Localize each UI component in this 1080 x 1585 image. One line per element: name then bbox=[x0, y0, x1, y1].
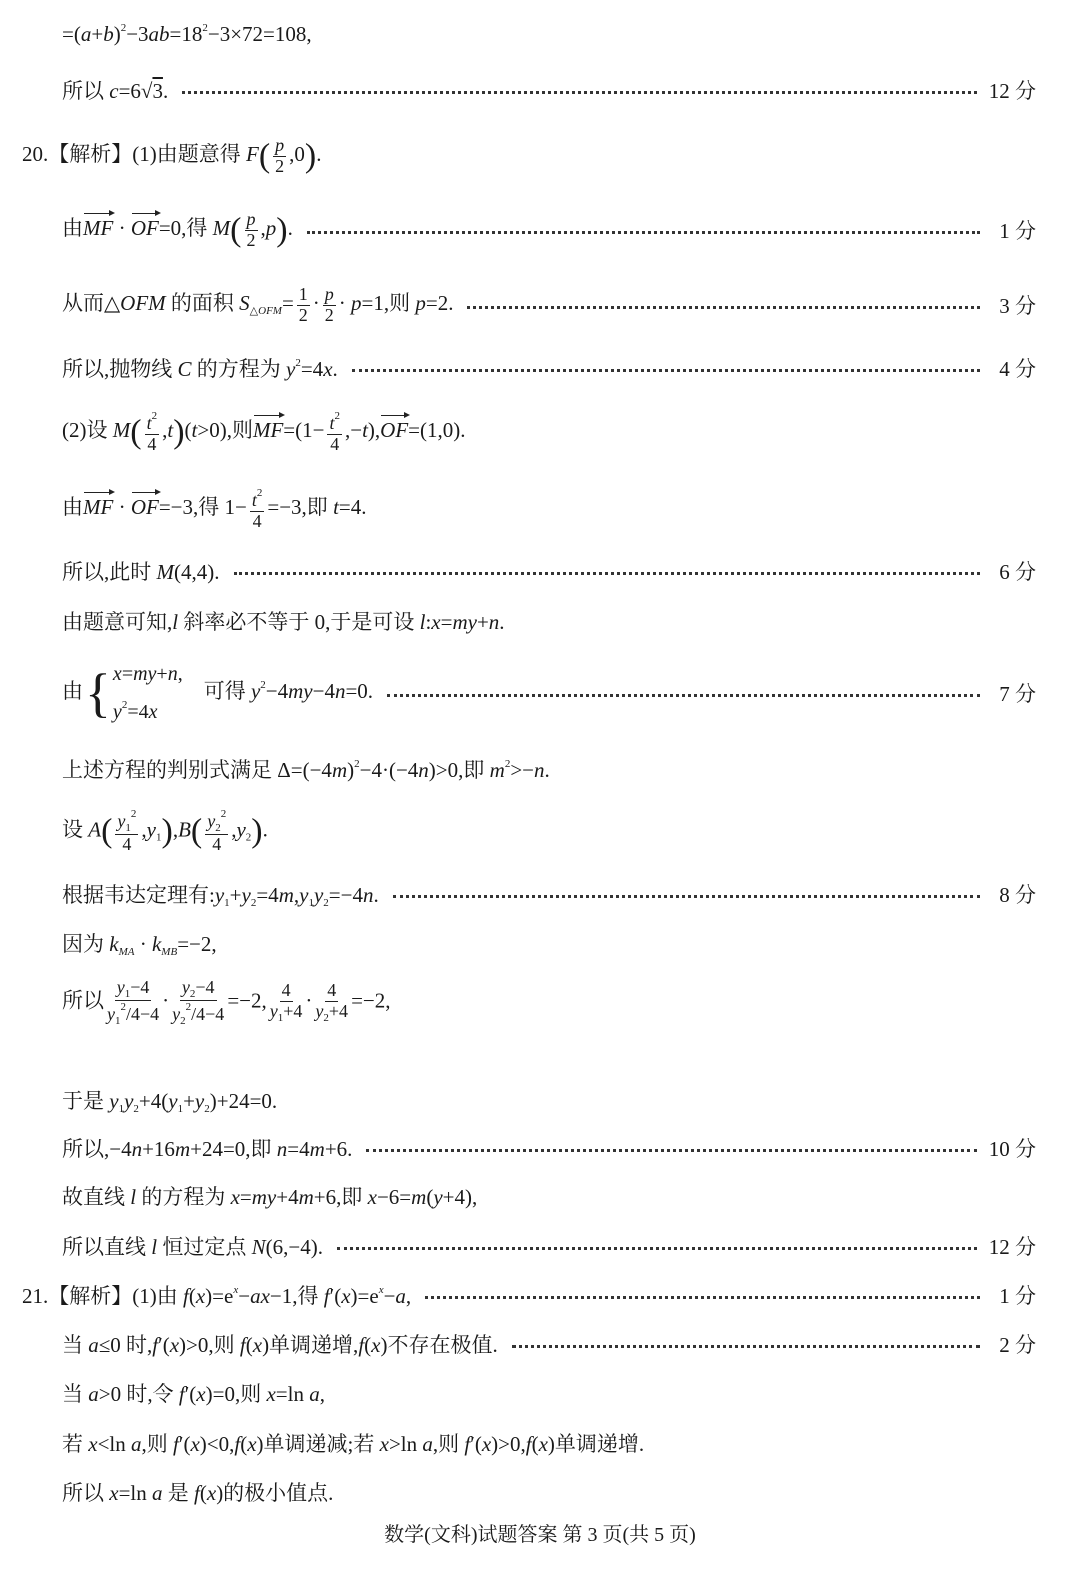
dot-leader bbox=[512, 1345, 980, 1348]
solution-line: 若 x<ln a,则 f′(x)<0,f(x)单调递减;若 x>ln a,则 f… bbox=[62, 1428, 1036, 1458]
dot-leader bbox=[234, 572, 981, 575]
dot-leader bbox=[352, 369, 980, 372]
math-expression: 20.【解析】(1)由题意得 F(p2,0). bbox=[22, 136, 321, 177]
dot-leader bbox=[425, 1296, 980, 1299]
solution-line: 由MF · OF=−3,得 1−t24=−3,即 t=4. bbox=[62, 487, 1036, 532]
math-expression: 从而△OFM 的面积 S△OFM=12·p2· p=1,则 p=2. bbox=[62, 285, 453, 326]
solution-line: 所以,此时 M(4,4). 6 分 bbox=[62, 556, 1036, 586]
math-expression: 由题意可知,l 斜率必不等于 0,于是可设 l:x=my+n. bbox=[62, 606, 505, 636]
dot-leader bbox=[387, 694, 980, 697]
solution-line: 根据韦达定理有:y1+y2=4m,y1y2=−4n. 8 分 bbox=[62, 879, 1036, 909]
solution-line: 所以,抛物线 C 的方程为 y2=4x. 4 分 bbox=[62, 353, 1036, 383]
score-label: 1 分 bbox=[992, 1280, 1036, 1310]
score-label: 8 分 bbox=[992, 879, 1036, 909]
solution-line: 于是 y1y2+4(y1+y2)+24=0. bbox=[62, 1085, 1036, 1115]
score-label: 7 分 bbox=[992, 678, 1036, 708]
score-label: 4 分 bbox=[992, 353, 1036, 383]
score-label: 12 分 bbox=[989, 75, 1036, 105]
math-expression: 当 a>0 时,令 f′(x)=0,则 x=ln a, bbox=[62, 1378, 325, 1408]
math-expression: 所以 x=ln a 是 f(x)的极小值点. bbox=[62, 1477, 333, 1507]
math-expression: =(a+b)2−3ab=182−3×72=108, bbox=[62, 22, 312, 47]
question-20-header: 20.【解析】(1)由题意得 F(p2,0). bbox=[22, 136, 1036, 177]
dot-leader bbox=[307, 231, 980, 234]
score-label: 6 分 bbox=[992, 556, 1036, 586]
math-expression: 于是 y1y2+4(y1+y2)+24=0. bbox=[62, 1085, 277, 1115]
score-label: 3 分 bbox=[992, 290, 1036, 320]
solution-line: 上述方程的判别式满足 Δ=(−4m)2−4·(−4n)>0,即 m2>−n. bbox=[62, 754, 1036, 784]
math-expression: 当 a≤0 时,f′(x)>0,则 f(x)单调递增,f(x)不存在极值. bbox=[62, 1329, 498, 1359]
solution-line: 所以y1−4y12/4−4·y2−4y22/4−4=−2,4y1+4·4y2+4… bbox=[62, 978, 1036, 1027]
solution-line: 所以直线 l 恒过定点 N(6,−4). 12 分 bbox=[62, 1231, 1036, 1261]
math-expression: 由{x=my+n,y2=4x 可得 y2−4my−4n=0. bbox=[62, 655, 373, 731]
dot-leader bbox=[366, 1149, 976, 1152]
math-expression: 所以,抛物线 C 的方程为 y2=4x. bbox=[62, 353, 338, 383]
math-expression: 由MF · OF=0,得 M(p2,p). bbox=[62, 210, 293, 251]
solution-line: 由MF · OF=0,得 M(p2,p). 1 分 bbox=[62, 210, 1036, 251]
dot-leader bbox=[467, 306, 980, 309]
math-expression: (2)设 M(t24,t)(t>0),则MF=(1−t24,−t),OF=(1,… bbox=[62, 410, 466, 455]
solution-line: =(a+b)2−3ab=182−3×72=108, bbox=[62, 22, 1036, 47]
math-expression: 根据韦达定理有:y1+y2=4m,y1y2=−4n. bbox=[62, 879, 379, 909]
dot-leader bbox=[393, 895, 980, 898]
solution-line: 故直线 l 的方程为 x=my+4m+6,即 x−6=m(y+4), bbox=[62, 1181, 1036, 1211]
dot-leader bbox=[182, 91, 977, 94]
math-expression: 上述方程的判别式满足 Δ=(−4m)2−4·(−4n)>0,即 m2>−n. bbox=[62, 754, 550, 784]
question-21-header: 21.【解析】(1)由 f(x)=ex−ax−1,得 f′(x)=ex−a, 1… bbox=[22, 1280, 1036, 1310]
score-label: 12 分 bbox=[989, 1231, 1036, 1261]
math-expression: 所以,−4n+16m+24=0,即 n=4m+6. bbox=[62, 1133, 352, 1163]
math-expression: 由MF · OF=−3,得 1−t24=−3,即 t=4. bbox=[62, 487, 367, 532]
score-label: 2 分 bbox=[992, 1329, 1036, 1359]
page-footer: 数学(文科)试题答案 第 3 页(共 5 页) bbox=[0, 1518, 1080, 1547]
math-expression: 所以y1−4y12/4−4·y2−4y22/4−4=−2,4y1+4·4y2+4… bbox=[62, 978, 391, 1027]
solution-line: 设 A(y124,y1),B(y224,y2). bbox=[62, 808, 1036, 855]
solution-line: 由{x=my+n,y2=4x 可得 y2−4my−4n=0. 7 分 bbox=[62, 655, 1036, 731]
score-label: 10 分 bbox=[989, 1133, 1036, 1163]
math-expression: 所以直线 l 恒过定点 N(6,−4). bbox=[62, 1231, 323, 1261]
math-expression: 设 A(y124,y1),B(y224,y2). bbox=[62, 808, 268, 855]
solution-line: 当 a≤0 时,f′(x)>0,则 f(x)单调递增,f(x)不存在极值. 2 … bbox=[62, 1329, 1036, 1359]
math-expression: 若 x<ln a,则 f′(x)<0,f(x)单调递减;若 x>ln a,则 f… bbox=[62, 1428, 644, 1458]
math-expression: 所以,此时 M(4,4). bbox=[62, 556, 220, 586]
solution-line: (2)设 M(t24,t)(t>0),则MF=(1−t24,−t),OF=(1,… bbox=[62, 410, 1036, 455]
math-expression: 因为 kMA · kMB=−2, bbox=[62, 928, 217, 958]
solution-line: 所以 c=6√3. 12 分 bbox=[62, 75, 1036, 105]
solution-line: 所以 x=ln a 是 f(x)的极小值点. bbox=[62, 1477, 1036, 1507]
score-label: 1 分 bbox=[992, 215, 1036, 245]
dot-leader bbox=[337, 1247, 977, 1250]
math-expression: 故直线 l 的方程为 x=my+4m+6,即 x−6=m(y+4), bbox=[62, 1181, 477, 1211]
solution-line: 所以,−4n+16m+24=0,即 n=4m+6. 10 分 bbox=[62, 1133, 1036, 1163]
solution-line: 因为 kMA · kMB=−2, bbox=[62, 928, 1036, 958]
solution-line: 当 a>0 时,令 f′(x)=0,则 x=ln a, bbox=[62, 1378, 1036, 1408]
math-expression: 21.【解析】(1)由 f(x)=ex−ax−1,得 f′(x)=ex−a, bbox=[22, 1280, 411, 1310]
math-expression: 所以 c=6√3. bbox=[62, 75, 168, 105]
solution-line: 从而△OFM 的面积 S△OFM=12·p2· p=1,则 p=2. 3 分 bbox=[62, 285, 1036, 326]
solution-line: 由题意可知,l 斜率必不等于 0,于是可设 l:x=my+n. bbox=[62, 606, 1036, 636]
